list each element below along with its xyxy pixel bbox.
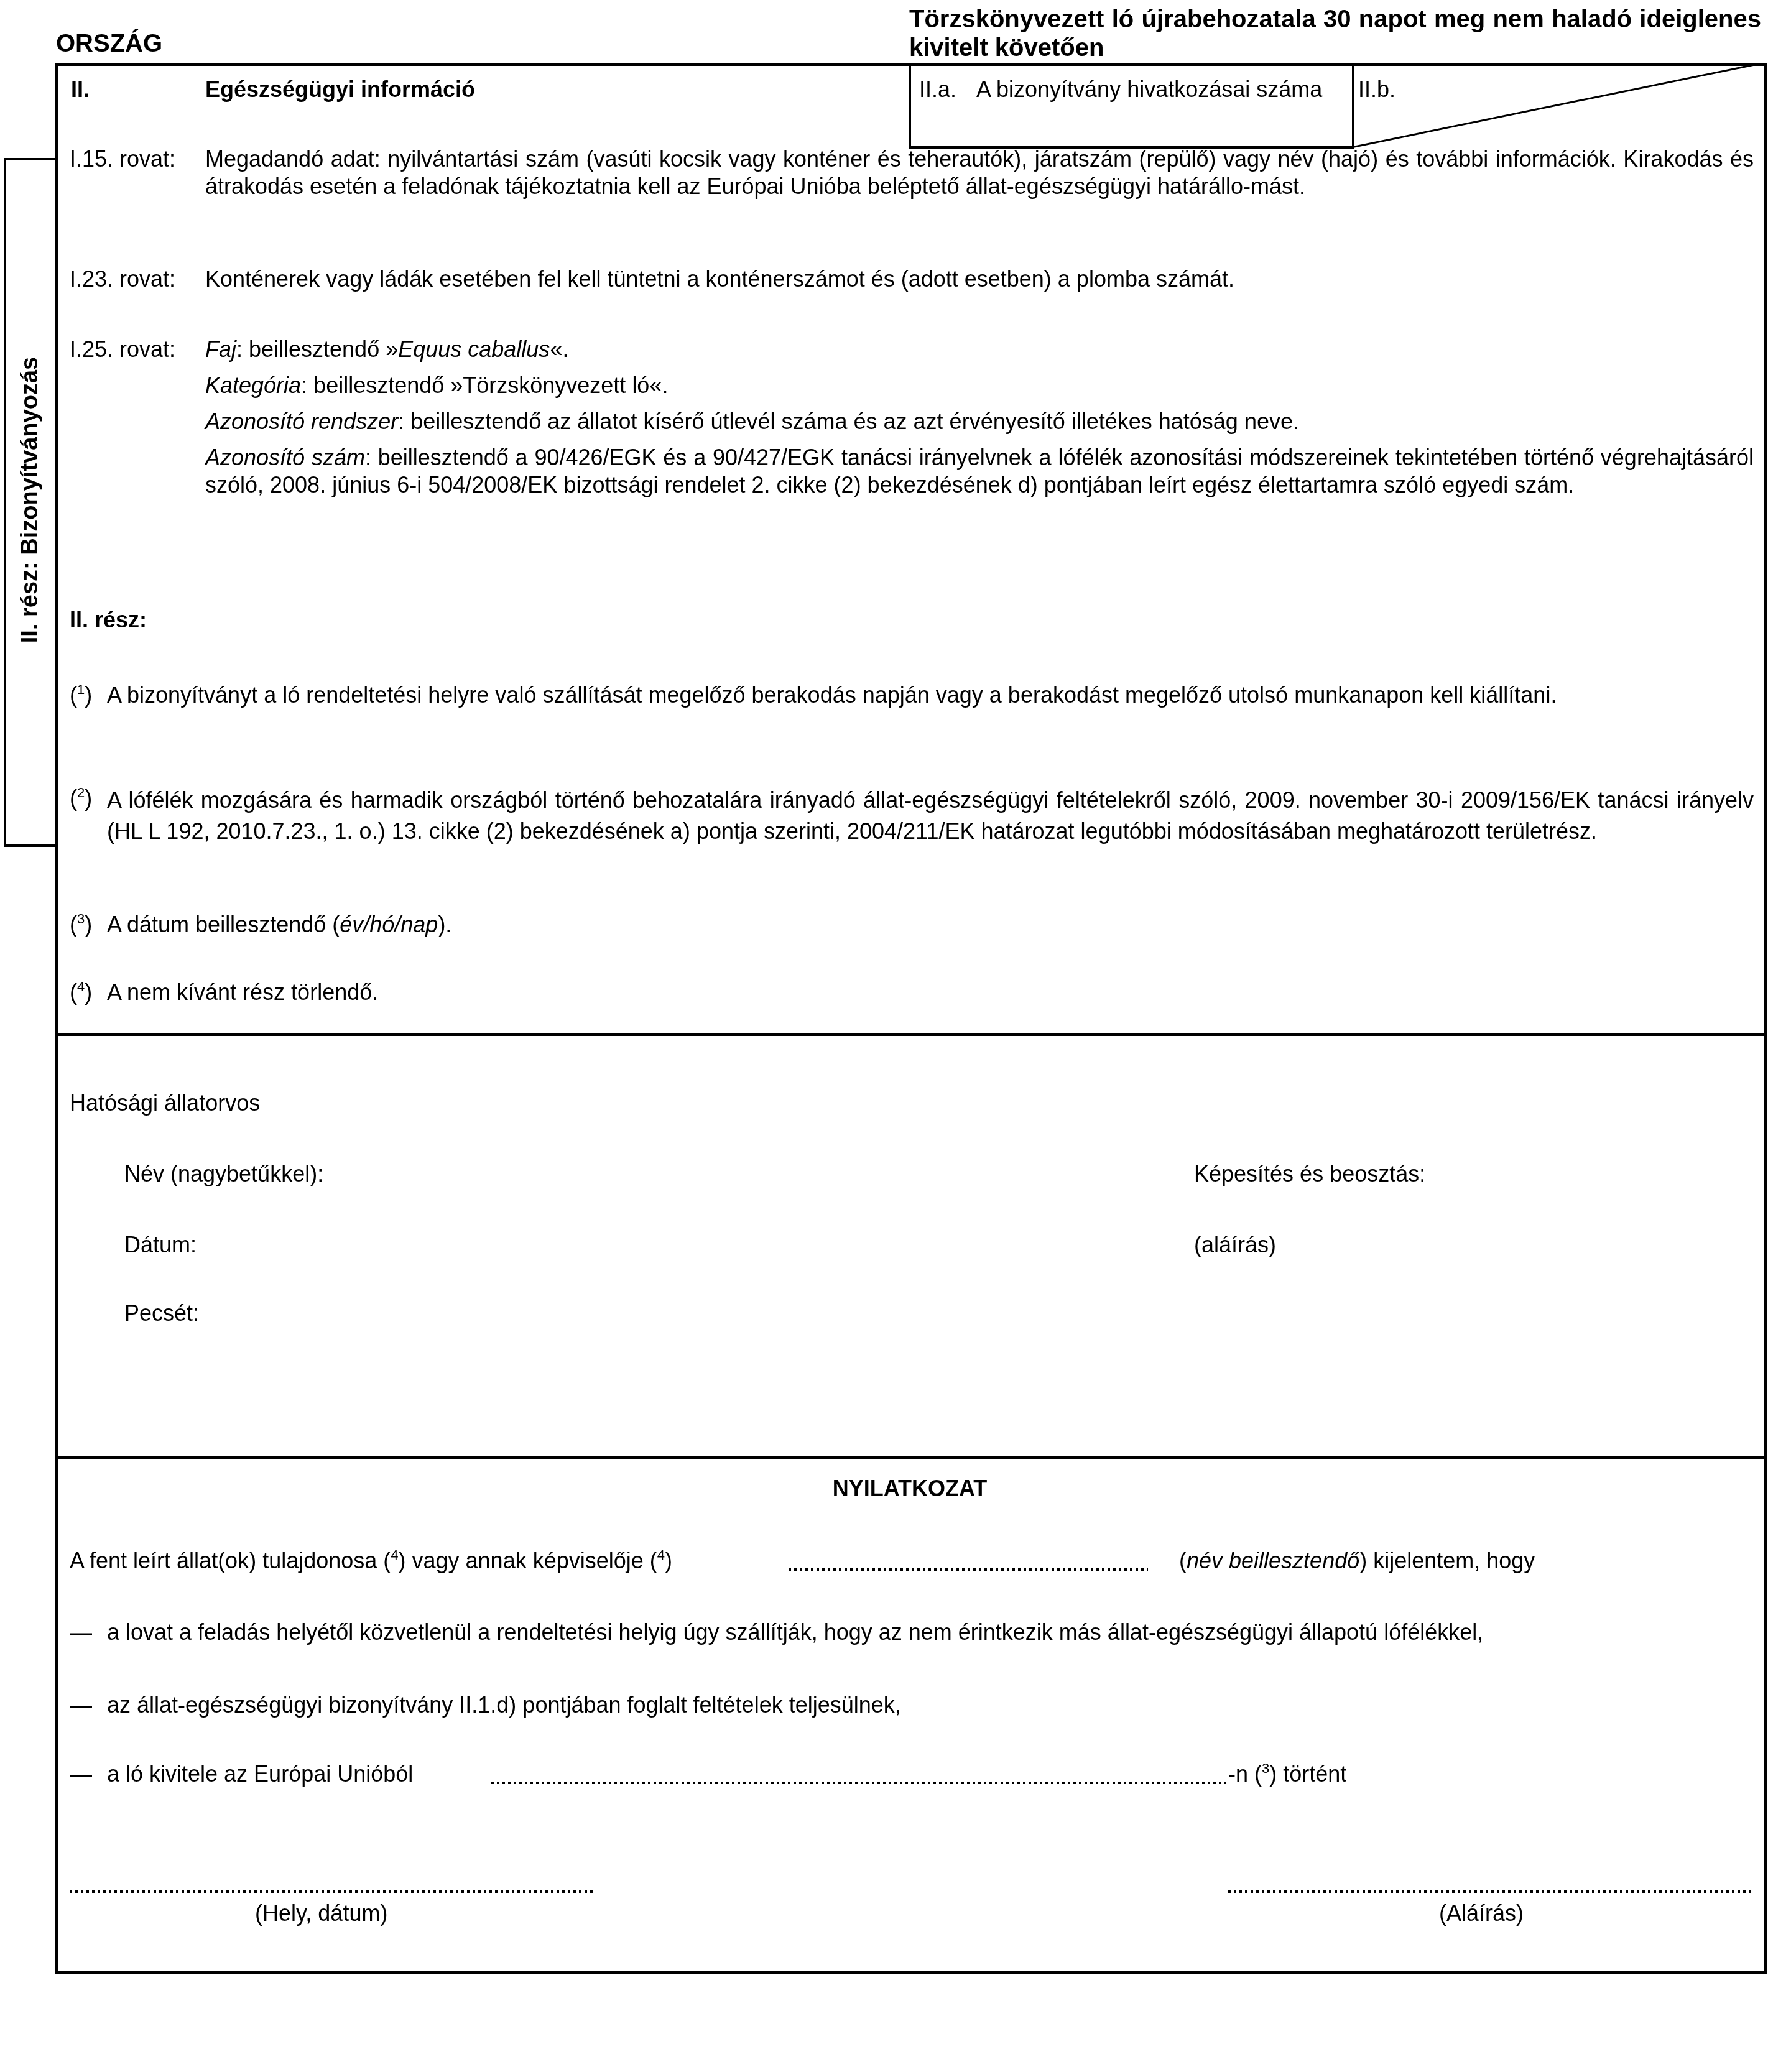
term: Azonosító szám xyxy=(205,445,365,470)
signature-label: (aláírás) xyxy=(1194,1231,1276,1259)
term: Azonosító rendszer xyxy=(205,409,398,434)
footnote-marker-3: (3) xyxy=(70,911,107,938)
note-label-i23: I.23. rovat: xyxy=(70,266,200,293)
signature-field[interactable] xyxy=(1228,1890,1754,1893)
note-i25-species: Faj: beillesztendő »Equus caballus«. xyxy=(205,336,1754,363)
certificate-reference-label: A bizonyítvány hivatkozásai száma xyxy=(976,76,1337,103)
note-label-i15: I.15. rovat: xyxy=(70,146,200,173)
part2-label: II. rész: xyxy=(70,606,147,634)
note-text-i23: Konténerek vagy ládák esetében fel kell … xyxy=(205,266,1754,293)
note-i25-category: Kategória: beillesztendő »Törzskönyvezet… xyxy=(205,372,1754,399)
footnote-marker-4: (4) xyxy=(70,979,107,1006)
declaration-intro-end: (név beillesztendő) kijelentem, hogy xyxy=(1179,1547,1535,1575)
dash: — xyxy=(70,1619,92,1646)
note-text-i15: Megadandó adat: nyilvántartási szám (vas… xyxy=(205,146,1754,200)
place-date-label: (Hely, dátum) xyxy=(255,1900,387,1927)
section-number: II. xyxy=(71,76,90,103)
name-label: Név (nagybetűkkel): xyxy=(124,1160,323,1188)
section-divider xyxy=(56,1033,1765,1036)
owner-name-field[interactable] xyxy=(789,1568,1148,1571)
export-date-field[interactable] xyxy=(491,1782,1226,1784)
sidebar-label: II. rész: Bizonyítványozás xyxy=(17,357,44,643)
declaration-bullet-3-end: -n (3) történt xyxy=(1228,1760,1346,1788)
footnote-2: A lófélék mozgására és harmadik országbó… xyxy=(107,785,1754,847)
term: Kategória xyxy=(205,372,301,398)
country-label: ORSZÁG xyxy=(56,30,162,58)
term: Faj xyxy=(205,336,236,362)
section-divider xyxy=(56,1456,1765,1459)
signature-caption: (Aláírás) xyxy=(1439,1900,1524,1927)
certificate-title: Törzskönyvezett ló újrabehozatala 30 nap… xyxy=(909,5,1761,62)
declaration-title: NYILATKOZAT xyxy=(56,1475,1764,1502)
note-label-i25: I.25. rovat: xyxy=(70,336,200,363)
place-date-field[interactable] xyxy=(70,1890,595,1893)
footnote-3: A dátum beillesztendő (év/hó/nap). xyxy=(107,911,1754,938)
note-i25-id-system: Azonosító rendszer: beillesztendő az áll… xyxy=(205,408,1754,435)
declaration-bullet-1: a lovat a feladás helyétől közvetlenül a… xyxy=(107,1619,1754,1646)
dash: — xyxy=(70,1691,92,1719)
footnote-4: A nem kívánt rész törlendő. xyxy=(107,979,1754,1006)
declaration-bullet-2: az állat-egészségügyi bizonyítvány II.1.… xyxy=(107,1691,1754,1719)
section-title: Egészségügyi információ xyxy=(205,76,475,103)
footnote-marker-2: (2) xyxy=(70,785,107,812)
dash: — xyxy=(70,1760,92,1788)
footnote-marker-1: (1) xyxy=(70,682,107,709)
official-vet-title: Hatósági állatorvos xyxy=(70,1089,260,1117)
footnote-1: A bizonyítványt a ló rendeltetési helyre… xyxy=(107,682,1754,709)
iib-strikethrough-diagonal xyxy=(1351,63,1765,150)
iia-number: II.a. xyxy=(919,76,956,103)
note-i25-id-number: Azonosító szám: beillesztendő a 90/426/E… xyxy=(205,444,1754,499)
stamp-label: Pecsét: xyxy=(124,1300,199,1327)
qualification-label: Képesítés és beosztás: xyxy=(1194,1160,1425,1188)
date-label: Dátum: xyxy=(124,1231,197,1259)
